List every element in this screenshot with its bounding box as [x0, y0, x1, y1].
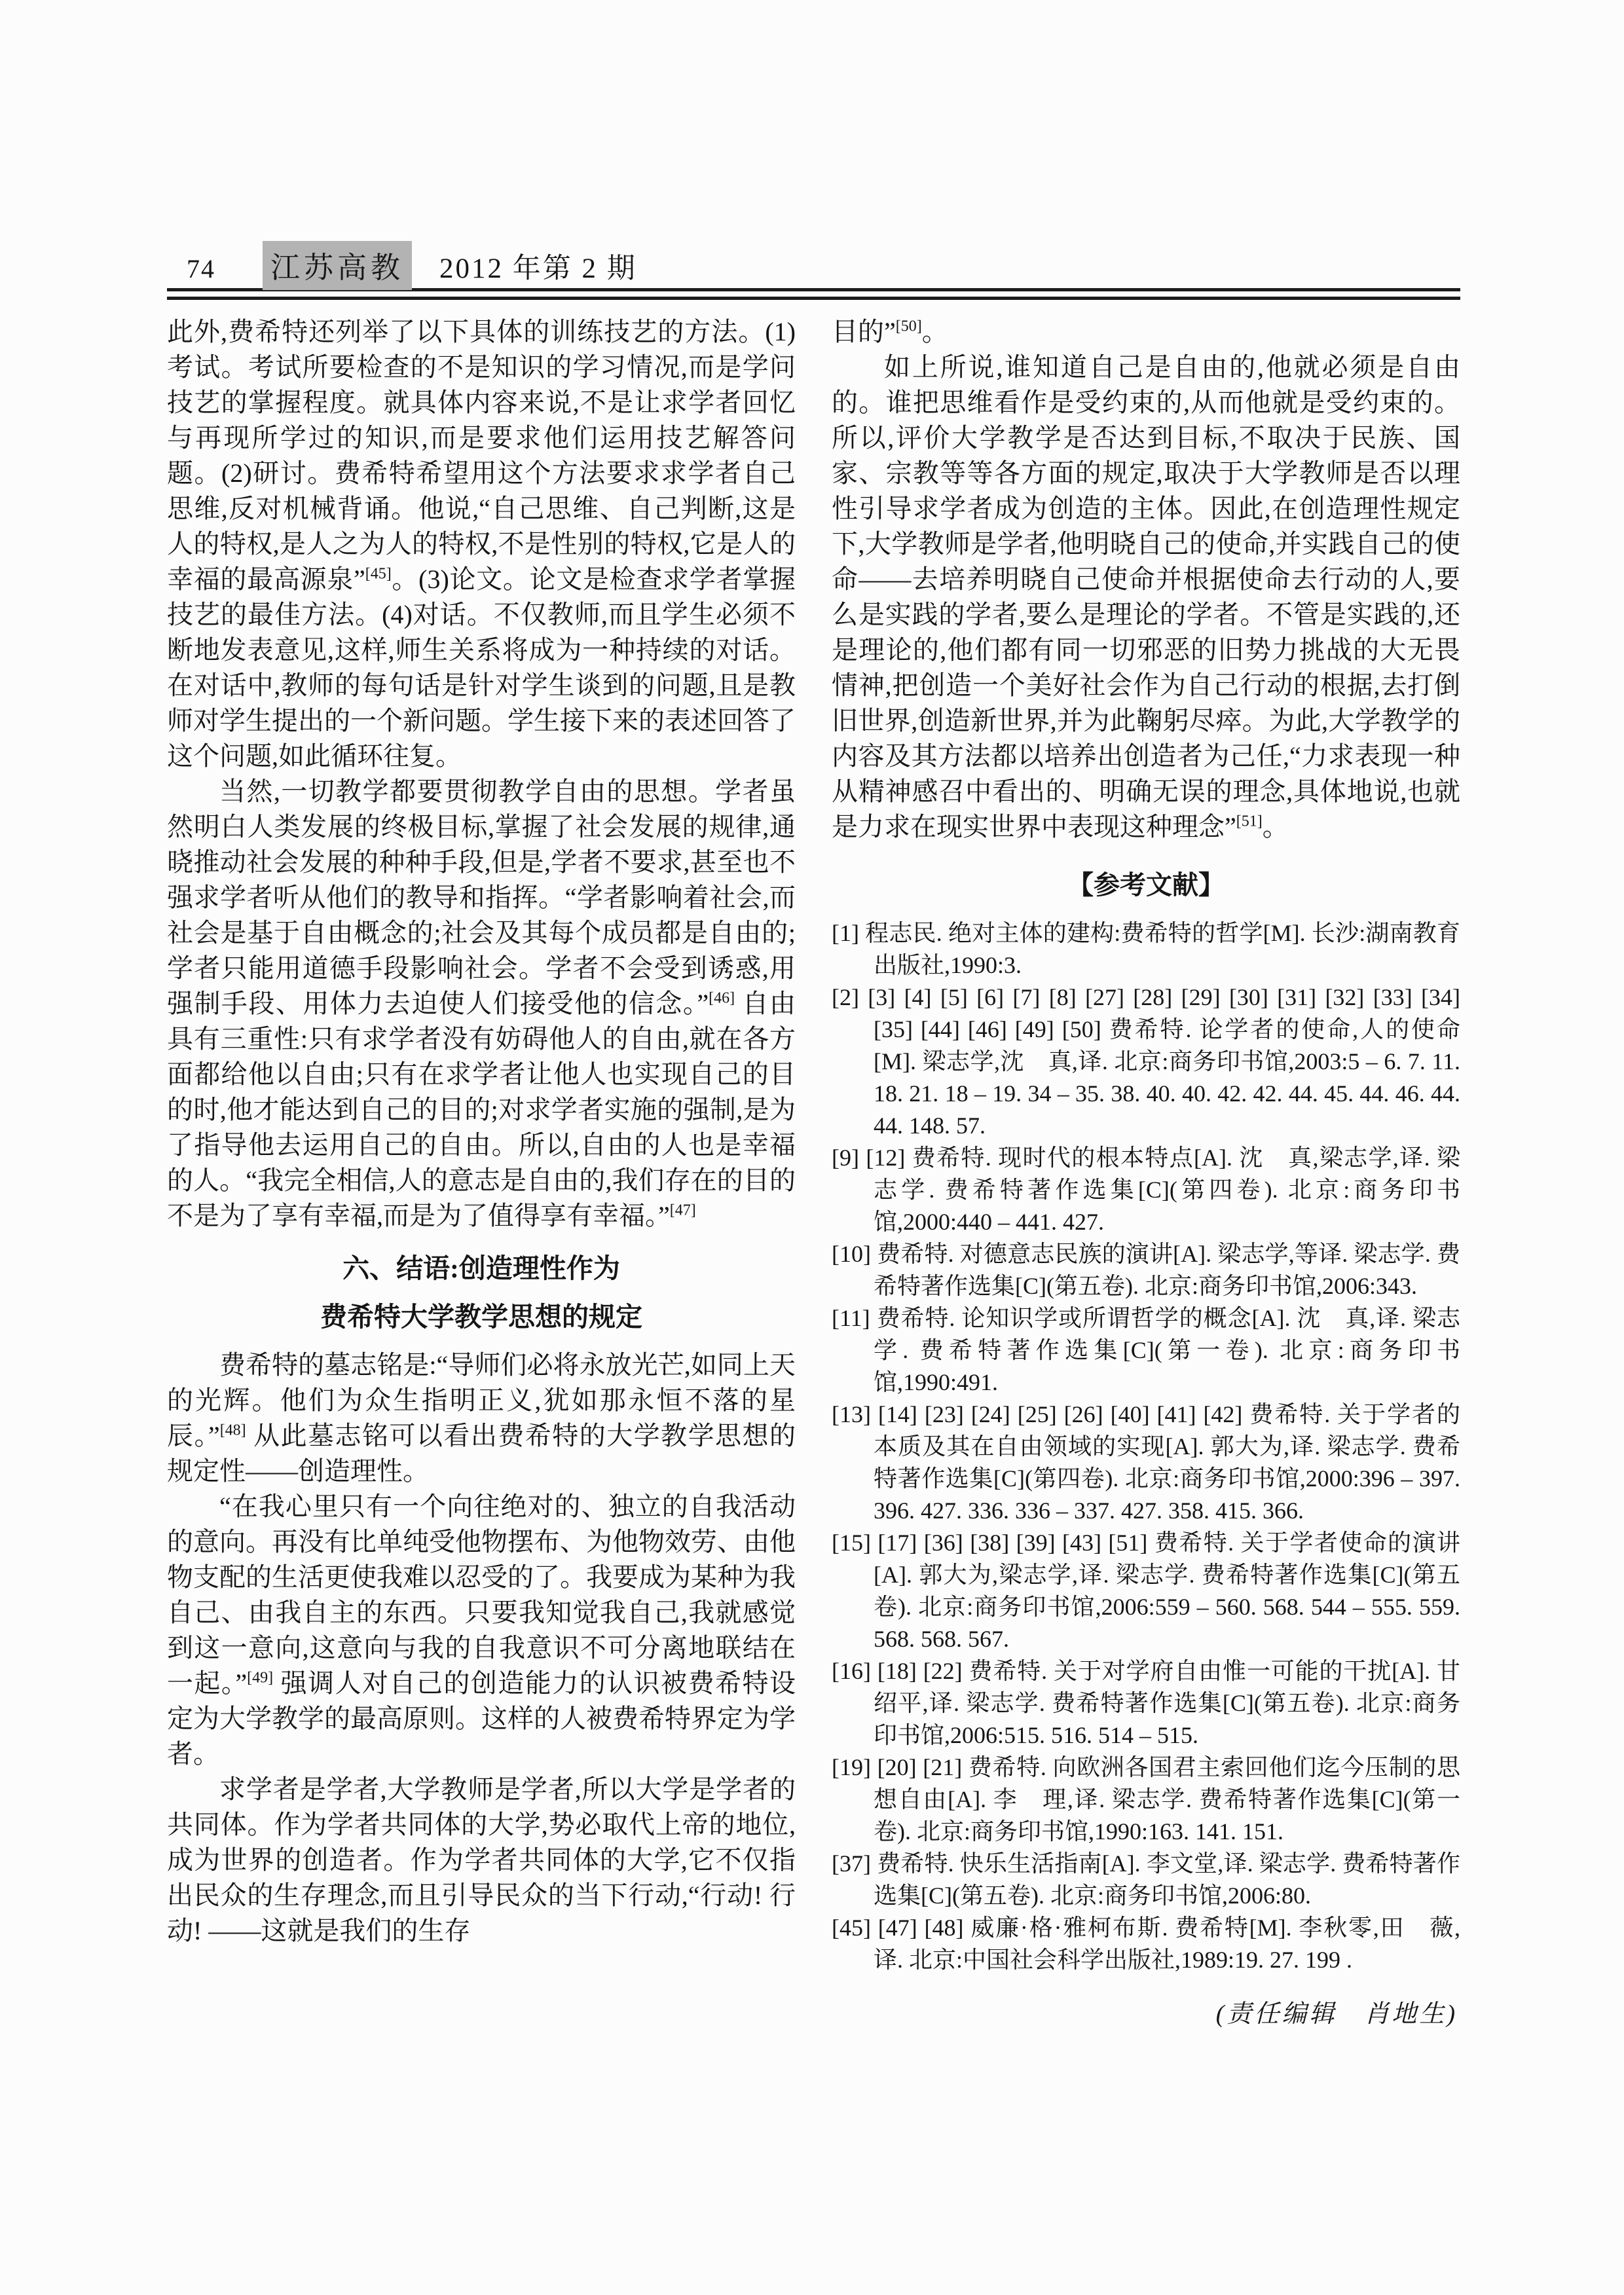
footnote-marker: [49]	[247, 1670, 273, 1687]
section-heading-line1: 六、结语:创造理性作为	[167, 1244, 796, 1293]
reference-item: [16] [18] [22] 费希特. 关于对学府自由惟一可能的干扰[A]. 甘…	[832, 1655, 1460, 1752]
reference-item: [37] 费希特. 快乐生活指南[A]. 李文堂,译. 梁志学. 费希特著作选集…	[832, 1848, 1460, 1912]
body-paragraph-continuation: 目的”[50]。	[832, 314, 1460, 350]
reference-item: [45] [47] [48] 威廉·格·雅柯布斯. 费希特[M]. 李秋零,田 …	[832, 1912, 1460, 1976]
footnote-marker: [50]	[896, 318, 922, 335]
issue-label: 2012 年第 2 期	[439, 246, 637, 286]
body-paragraph-freedom: 当然,一切教学都要贯彻教学自由的思想。学者虽然明白人类发展的终极目标,掌握了社会…	[167, 774, 796, 1234]
reference-item: [13] [14] [23] [24] [25] [26] [40] [41] …	[832, 1399, 1460, 1527]
section-heading: 六、结语:创造理性作为 费希特大学教学思想的规定	[167, 1244, 796, 1341]
reference-item: [10] 费希特. 对德意志民族的演讲[A]. 梁志学,等译. 梁志学. 费希特…	[832, 1238, 1460, 1302]
reference-list: [1] 程志民. 绝对主体的建构:费希特的哲学[M]. 长沙:湖南教育出版社,1…	[832, 917, 1460, 1976]
body-paragraph-scholars: 求学者是学者,大学教师是学者,所以大学是学者的共同体。作为学者共同体的大学,势必…	[167, 1772, 796, 1949]
right-column: 目的”[50]。 如上所说,谁知道自己是自由的,他就必须是自由的。谁把思维看作是…	[832, 314, 1460, 2029]
reference-item: [9] [12] 费希特. 现时代的根本特点[A]. 沈 真,梁志学,译. 梁志…	[832, 1142, 1460, 1238]
journal-title: 江苏高教	[263, 241, 412, 290]
reference-item: [19] [20] [21] 费希特. 向欧洲各国君主索回他们迄今压制的思想自由…	[832, 1752, 1460, 1848]
references-title: 【参考文献】	[832, 864, 1460, 902]
body-paragraph-quote: “在我心里只有一个向往绝对的、独立的自我活动的意向。再没有比单纯受他物摆布、为他…	[167, 1489, 796, 1772]
footnote-marker: [51]	[1236, 813, 1263, 830]
footnote-marker: [47]	[670, 1202, 696, 1219]
body-paragraph-epitaph: 费希特的墓志铭是:“导师们必将永放光芒,如同上天的光辉。他们为众生指明正义,犹如…	[167, 1348, 796, 1489]
reference-item: [11] 费希特. 论知识学或所谓哲学的概念[A]. 沈 真,译. 梁志学. 费…	[832, 1302, 1460, 1399]
reference-item: [15] [17] [36] [38] [39] [43] [51] 费希特. …	[832, 1527, 1460, 1655]
body-paragraph-conclusion: 如上所说,谁知道自己是自由的,他就必须是自由的。谁把思维看作是受约束的,从而他就…	[832, 350, 1460, 845]
page-header: 74 江苏高教 2012 年第 2 期	[167, 241, 1460, 279]
reference-item: [2] [3] [4] [5] [6] [7] [8] [27] [28] [2…	[832, 982, 1460, 1142]
footnote-marker: [46]	[709, 990, 735, 1007]
reference-item: [1] 程志民. 绝对主体的建构:费希特的哲学[M]. 长沙:湖南教育出版社,1…	[832, 917, 1460, 982]
editor-note: (责任编辑 肖地生)	[832, 1993, 1460, 2029]
left-column: 此外,费希特还列举了以下具体的训练技艺的方法。(1)考试。考试所要检查的不是知识…	[167, 314, 796, 2029]
section-heading-line2: 费希特大学教学思想的规定	[167, 1293, 796, 1341]
page-number: 74	[187, 253, 215, 284]
body-paragraph-methods: 此外,费希特还列举了以下具体的训练技艺的方法。(1)考试。考试所要检查的不是知识…	[167, 314, 796, 774]
journal-page: 74 江苏高教 2012 年第 2 期 此外,费希特还列举了以下具体的训练技艺的…	[0, 0, 1624, 2295]
footnote-marker: [48]	[220, 1422, 246, 1439]
footnote-marker: [45]	[365, 566, 392, 583]
article-body: 此外,费希特还列举了以下具体的训练技艺的方法。(1)考试。考试所要检查的不是知识…	[167, 314, 1460, 2029]
